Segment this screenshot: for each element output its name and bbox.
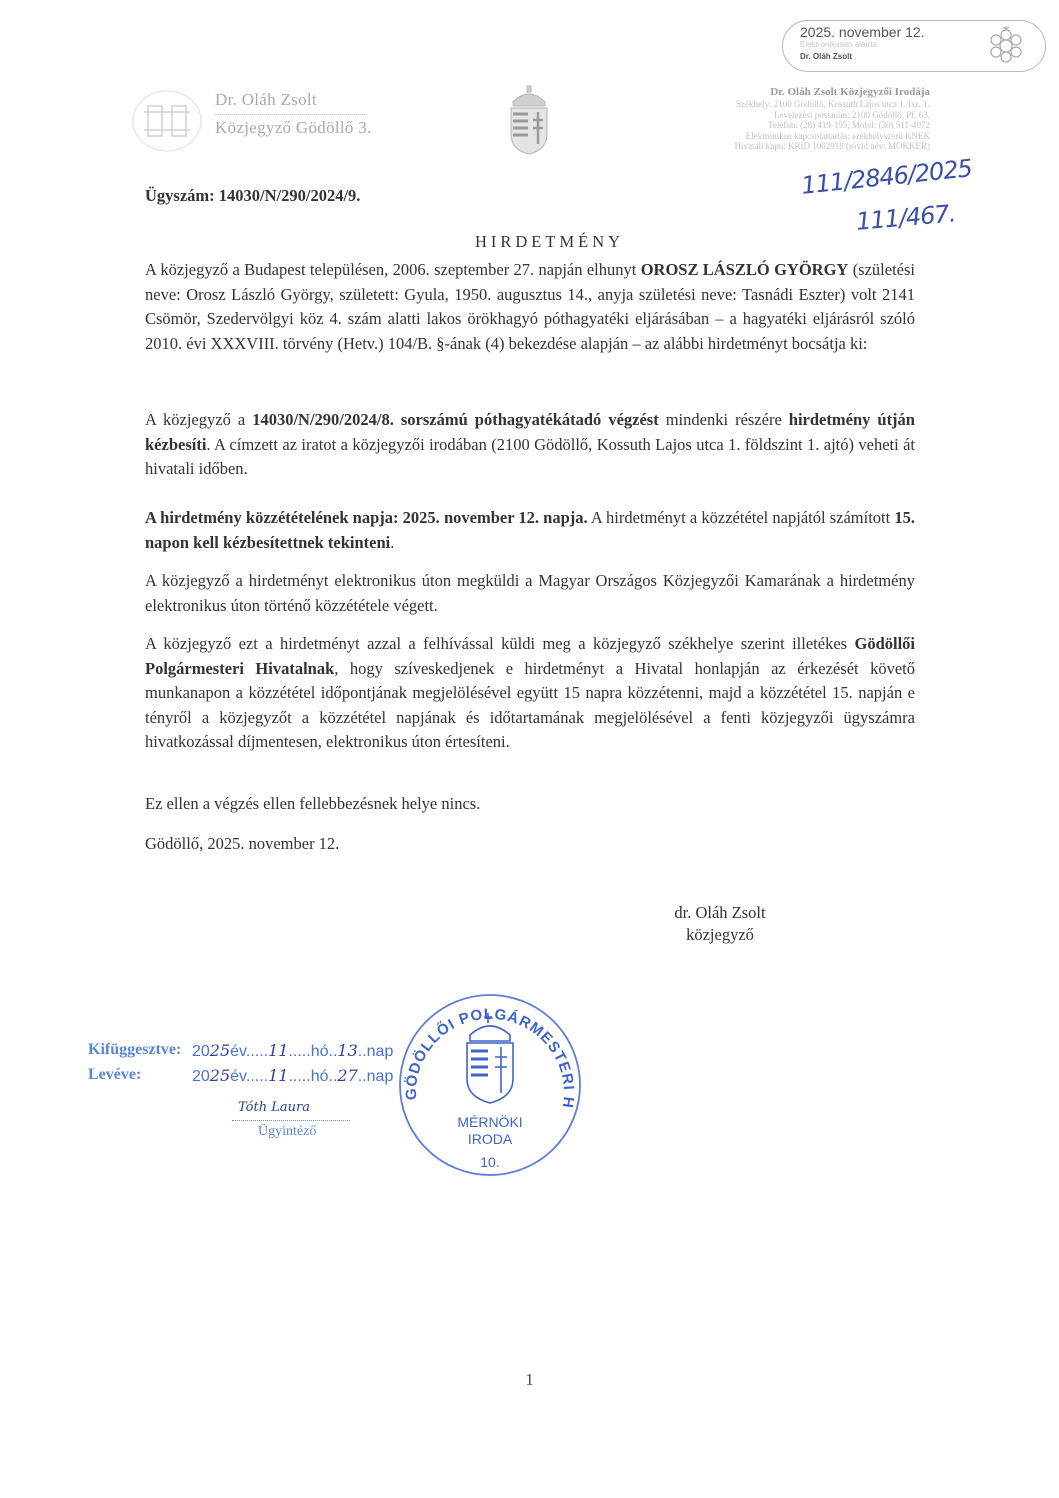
- paragraph-delivery: A közjegyző a 14030/N/290/2024/8. sorszá…: [145, 408, 915, 482]
- officer-signature-line: [232, 1120, 350, 1121]
- year-prefix: 20: [192, 1043, 210, 1060]
- e-signature-subtitle: Elektronikusan aláírta: [800, 40, 877, 49]
- posted-label: Kifüggesztve:: [88, 1041, 181, 1059]
- officer-signature: Tóth Laura: [238, 1100, 310, 1115]
- handwritten-year: 25: [210, 1066, 230, 1085]
- stamp-number: 10.: [480, 1154, 499, 1170]
- day-word: nap: [367, 1043, 394, 1060]
- letterhead-office-line: Székhely: 2100 Gödöllő, Kossuth Lajos ut…: [600, 99, 930, 110]
- ornamental-seal-icon: [984, 24, 1028, 73]
- e-signature-signer: Dr. Oláh Zsolt: [800, 52, 852, 61]
- order-reference: 14030/N/290/2024/8. sorszámú póthagyaték…: [252, 410, 659, 429]
- hungarian-coat-of-arms-icon: [467, 1013, 513, 1103]
- removed-date: 2025év.....11.....hó..27..nap: [192, 1066, 393, 1086]
- handwritten-subnumber: 111/467.: [855, 199, 956, 236]
- deceased-name: OROSZ LÁSZLÓ GYÖRGY: [641, 260, 849, 279]
- paragraph-municipality-request: A közjegyző ezt a hirdetményt azzal a fe…: [145, 632, 915, 755]
- stamp-ring-text: GÖDÖLLŐI POLGÁRMESTERI HIVATAL: [395, 985, 577, 1110]
- publication-date: A hirdetmény közzétételének napja: 2025.…: [145, 508, 588, 527]
- handwritten-month: 11: [268, 1041, 288, 1060]
- paragraph-chamber-notice: A közjegyző a hirdetményt elektronikus ú…: [145, 569, 915, 618]
- text-run: A közjegyző ezt a hirdetményt azzal a fe…: [145, 634, 854, 653]
- paragraph-intro: A közjegyző a Budapest településen, 2006…: [145, 258, 915, 356]
- letterhead-office-info: Dr. Oláh Zsolt Közjegyzői Irodája Székhe…: [600, 86, 930, 152]
- notary-signature-role: közjegyző: [620, 924, 820, 946]
- handwritten-year: 25: [210, 1041, 230, 1060]
- handwritten-registry-number: 111/2846/2025: [800, 154, 973, 200]
- removed-label: Levéve:: [88, 1066, 141, 1084]
- page-number: 1: [0, 1370, 1059, 1390]
- text-run: mindenki részére: [659, 410, 789, 429]
- letterhead-divider: [215, 114, 365, 115]
- year-word: év: [230, 1068, 246, 1085]
- day-word: nap: [367, 1068, 394, 1085]
- hungarian-coat-of-arms-icon: [505, 84, 553, 161]
- case-number: Ügyszám: 14030/N/290/2024/9.: [145, 186, 360, 206]
- text-run: A közjegyző a: [145, 410, 252, 429]
- notary-signature-block: dr. Oláh Zsolt közjegyző: [620, 902, 820, 946]
- letterhead-office-line: Elektronikus kapcsolattartás: székhelysz…: [600, 131, 930, 142]
- paragraph-publication-date: A hirdetmény közzétételének napja: 2025.…: [145, 506, 915, 555]
- text-run: .: [390, 533, 394, 552]
- text-run: A közjegyző a Budapest településen, 2006…: [145, 260, 641, 279]
- document-title: HIRDETMÉNY: [0, 232, 1059, 252]
- stamp-line1: MÉRNÖKI: [457, 1113, 522, 1130]
- year-word: év: [230, 1043, 246, 1060]
- notary-seal-icon: [130, 88, 204, 159]
- letterhead-office-line: Hivatali kapu: KRID 1002918 (rövid név: …: [600, 141, 930, 152]
- letterhead-office-name: Dr. Oláh Zsolt Közjegyzői Irodája: [600, 86, 930, 99]
- text-run: . A címzett az iratot a közjegyzői irodá…: [145, 435, 915, 479]
- svg-text:GÖDÖLLŐI POLGÁRMESTERI HIVATAL: GÖDÖLLŐI POLGÁRMESTERI HIVATAL: [395, 985, 577, 1110]
- month-word: hó: [311, 1043, 329, 1060]
- letterhead-notary-name: Dr. Oláh Zsolt: [215, 90, 317, 110]
- month-word: hó: [311, 1068, 329, 1085]
- letterhead-office-line: Levelezési postacím: 2100 Gödöllő, Pf. 6…: [600, 110, 930, 121]
- letterhead-office-line: Telefon: (28) 419-195, Mobil: (30) 511-4…: [600, 120, 930, 131]
- letterhead-notary-title: Közjegyző Gödöllő 3.: [215, 118, 372, 138]
- text-run: A hirdetményt a közzététel napjától szám…: [588, 508, 895, 527]
- stamp-line2: IRODA: [468, 1131, 513, 1147]
- handwritten-day: 13: [337, 1041, 357, 1060]
- officer-label: Ügyintéző: [258, 1124, 316, 1140]
- year-prefix: 20: [192, 1068, 210, 1085]
- posted-date: 2025év.....11.....hó..13..nap: [192, 1041, 393, 1061]
- handwritten-day: 27: [337, 1066, 357, 1085]
- handwritten-month: 11: [268, 1066, 288, 1085]
- paragraph-no-appeal: Ez ellen a végzés ellen fellebbezésnek h…: [145, 792, 915, 817]
- place-and-date: Gödöllő, 2025. november 12.: [145, 832, 915, 857]
- e-signature-date: 2025. november 12.: [800, 24, 925, 40]
- office-round-stamp: GÖDÖLLŐI POLGÁRMESTERI HIVATAL MÉRNÖKI I…: [395, 985, 585, 1185]
- notary-signature-name: dr. Oláh Zsolt: [620, 902, 820, 924]
